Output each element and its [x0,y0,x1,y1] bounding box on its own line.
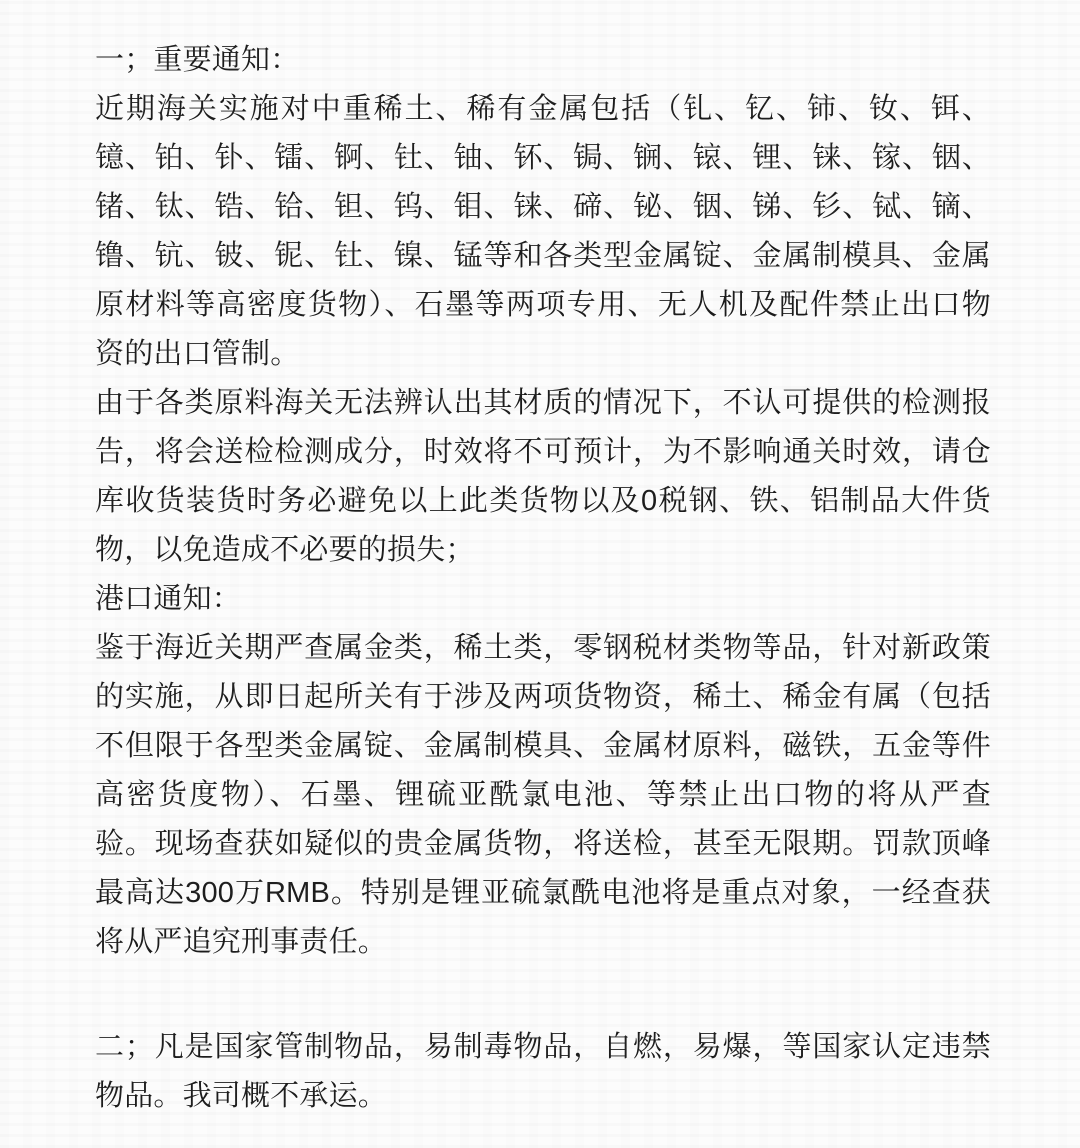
inspection-line: 告，将会送检检测成分，时效将不可预计，为不影响通关时效，请仓 [95,428,991,477]
port-line: 高密货度物）、石墨、锂硫亚酰氯电池、等禁止出口物的将从严查 [95,771,991,820]
section-two-line: 物品。我司概不承运。 [95,1072,991,1121]
inspection-line: 物，以免造成不必要的损失； [95,526,991,575]
port-line: 验。现场查获如疑似的贵金属货物，将送检，甚至无限期。罚款顶峰 [95,820,991,869]
customs-line: 原材料等高密度货物）、石墨等两项专用、无人机及配件禁止出口物 [95,281,991,330]
customs-line: 近期海关实施对中重稀土、稀有金属包括（钆、钇、铈、钕、铒、 [95,85,991,134]
section-two-line: 二；凡是国家管制物品，易制毒物品，自燃，易爆，等国家认定违禁 [95,1023,991,1072]
port-line: 最高达300万RMB。特别是锂亚硫氯酰电池将是重点对象，一经查获 [95,869,991,918]
customs-line: 镥、钪、铍、铌、钍、镍、锰等和各类型金属锭、金属制模具、金属 [95,232,991,281]
customs-line: 资的出口管制。 [95,330,991,379]
notice-page: 一；重要通知： 近期海关实施对中重稀土、稀有金属包括（钆、钇、铈、钕、铒、 镱、… [0,0,1080,1148]
port-notice-heading: 港口通知： [95,575,991,624]
customs-line: 镱、铂、钋、镭、锕、钍、铀、钚、锔、锎、锿、锂、铼、镓、铟、 [95,134,991,183]
port-line: 鉴于海近关期严查属金类，稀土类，零钢税材类物等品，针对新政策 [95,624,991,673]
section-one-heading: 一；重要通知： [95,36,991,85]
port-line: 的实施，从即日起所关有于涉及两项货物资，稀土、稀金有属（包括 [95,673,991,722]
inspection-line: 库收货装货时务必避免以上此类货物以及0税钢、铁、铝制品大件货 [95,477,991,526]
customs-line: 锗、钛、锆、铪、钽、钨、钼、铼、碲、铋、铟、锑、钐、铽、镝、 [95,183,991,232]
section-divider-space [95,967,991,1023]
port-line: 将从严追究刑事责任。 [95,918,991,967]
inspection-line: 由于各类原料海关无法辨认出其材质的情况下，不认可提供的检测报 [95,379,991,428]
port-line: 不但限于各型类金属锭、金属制模具、金属材原料，磁铁，五金等件 [95,722,991,771]
